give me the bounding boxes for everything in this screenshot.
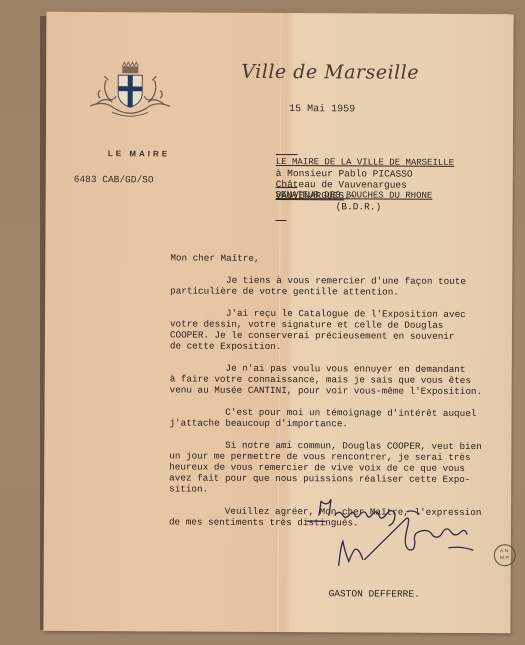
paragraph: Si notre ami commun, Douglas COOPER, veu…: [169, 439, 509, 496]
archive-stamp: A.N. M.P.: [494, 544, 516, 566]
stamp-line: M.P.: [495, 555, 515, 562]
coat-of-arms-icon: [84, 60, 176, 122]
paragraph: Je n'ai pas voulu vous ennuyer en demand…: [170, 362, 510, 397]
handwritten-signature-icon: [299, 493, 510, 594]
letterhead-city: Ville de Marseille: [241, 61, 419, 84]
letter-date: 15 Mai 1959: [289, 104, 355, 115]
reference-number: 6483 CAB/GD/SO: [74, 174, 154, 185]
salutation: Mon cher Maître,: [170, 252, 510, 265]
recipient-line: à Monsieur Pablo PICASSO: [276, 168, 413, 180]
paragraph: C'est pour moi un témoignage d'intérêt a…: [169, 406, 509, 430]
paragraph: J'ai reçu le Catalogue de l'Exposition a…: [170, 307, 510, 353]
recipient-line: Château de Vauvenargues: [276, 179, 413, 191]
recipient-town-suffix: .-: [344, 190, 355, 201]
recipient-line: VAUVENARGUES.-: [276, 190, 413, 202]
recipient-line: (B.D.R.): [276, 201, 413, 213]
recipient-block: à Monsieur Pablo PICASSO Château de Vauv…: [276, 168, 413, 213]
recipient-town: VAUVENARGUES: [276, 190, 344, 201]
signer-name: GASTON DEFFERRE.: [329, 588, 420, 599]
letterhead-title: LE MAIRE: [108, 149, 170, 158]
paragraph: Je tiens à vous remercier d'une façon to…: [170, 274, 510, 298]
letter-page: LE MAIRE 6483 CAB/GD/SO Ville de Marseil…: [43, 12, 513, 633]
